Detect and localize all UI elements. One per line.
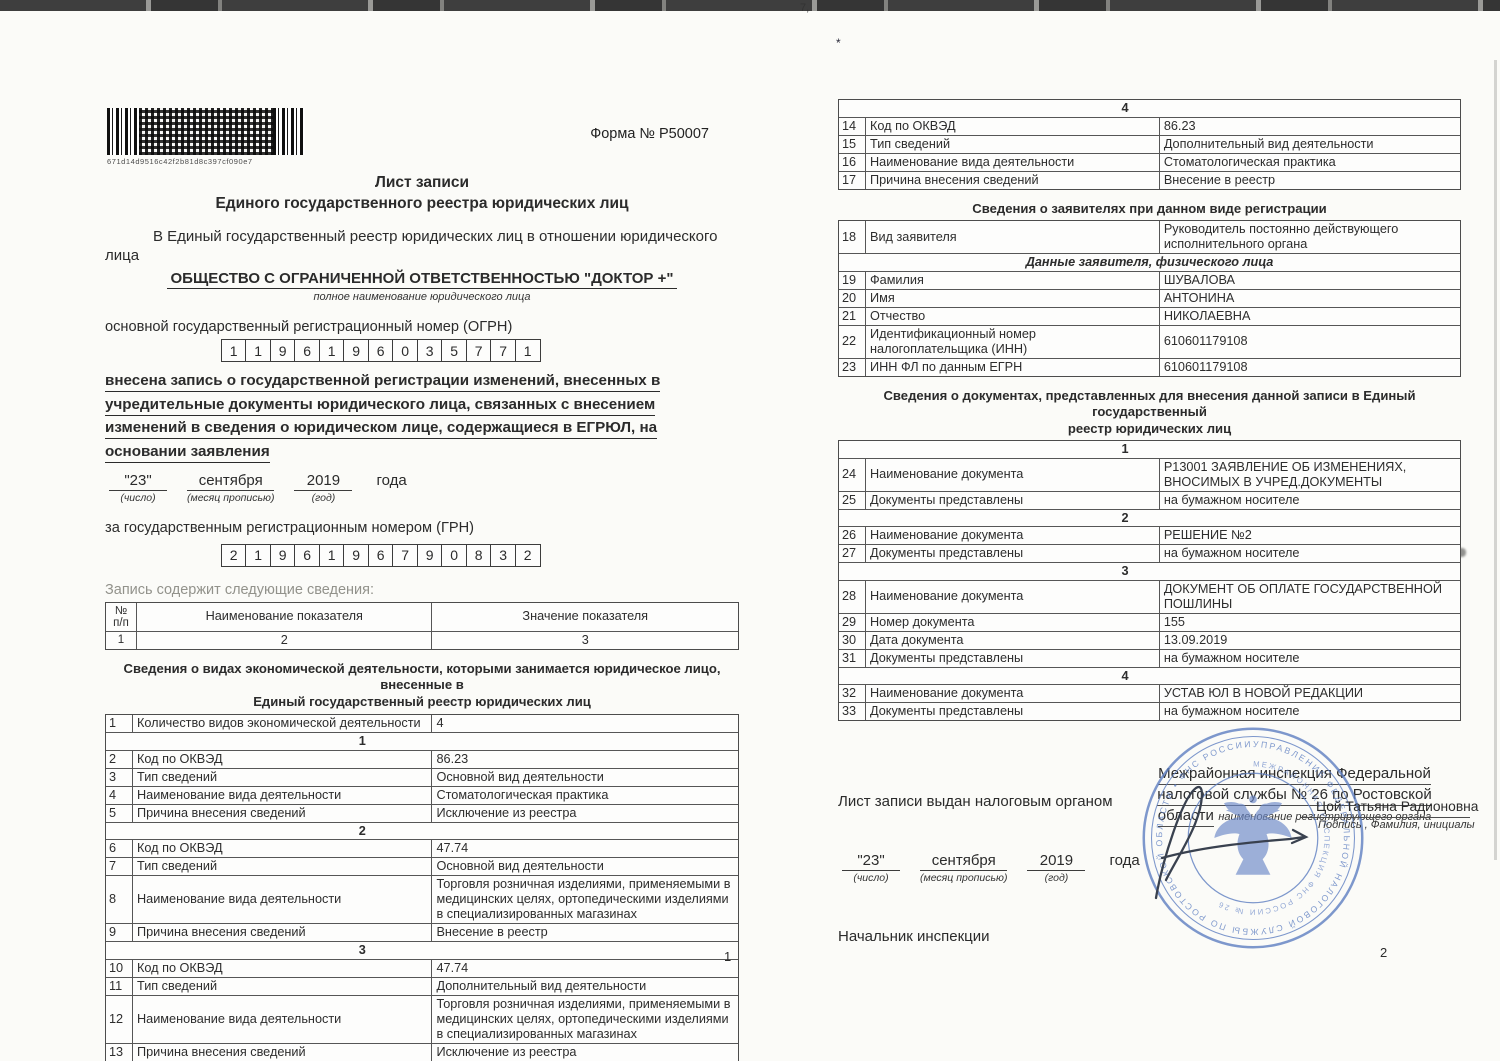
table-row: 12Наименование вида деятельностиТорговля…: [106, 995, 738, 1043]
date-year-suffix: года: [1109, 852, 1139, 869]
title-line2: Единого государственного реестра юридиче…: [105, 193, 739, 214]
table-row: 7Тип сведенийОсновной вид деятельности: [106, 857, 738, 875]
activities-heading: Сведения о видах экономической деятельно…: [105, 661, 739, 711]
row-value: Руководитель постоянно действующего испо…: [1159, 221, 1460, 253]
table-row: 24Наименование документаР13001 ЗАЯВЛЕНИЕ…: [839, 458, 1460, 491]
digit-box: 1: [221, 339, 247, 362]
row-value: Стоматологическая практика: [431, 787, 738, 804]
row-label: Код по ОКВЭД: [132, 960, 431, 977]
digit-box: 3: [490, 544, 516, 567]
row-label: Имя: [865, 290, 1159, 307]
row-num: 1: [106, 715, 132, 732]
digit-box: 7: [392, 544, 418, 567]
table-row: 3Тип сведенийОсновной вид деятельности: [106, 768, 738, 786]
table-row: 30Дата документа13.09.2019: [839, 631, 1460, 649]
digit-box: 1: [245, 339, 271, 362]
row-value: НИКОЛАЕВНА: [1159, 308, 1460, 325]
row-value: на бумажном носителе: [1159, 703, 1460, 720]
page-1: 671d14d9516c42f2b81d8c397cf090e7 Форма №…: [105, 106, 739, 1061]
digit-box: 2: [221, 544, 247, 567]
table-row: 8Наименование вида деятельностиТорговля …: [106, 875, 738, 923]
section-row: 2: [839, 509, 1460, 527]
date-year: 2019 (год): [1027, 852, 1085, 884]
scanner-edge-strip: [0, 0, 1500, 11]
col-index: 1: [106, 632, 136, 649]
section-number: 2: [1122, 511, 1129, 525]
table-row: 13Причина внесения сведенийИсключение из…: [106, 1043, 738, 1061]
digit-box: 1: [319, 544, 345, 567]
row-label: Документы представлены: [865, 650, 1159, 667]
digit-box: 1: [319, 339, 345, 362]
row-num: 3: [106, 769, 132, 786]
row-value: 4: [431, 715, 738, 732]
row-value: Дополнительный вид деятельности: [1159, 136, 1460, 153]
row-num: 7: [106, 858, 132, 875]
table-row: 21ОтчествоНИКОЛАЕВНА: [839, 307, 1460, 325]
row-num: 4: [106, 787, 132, 804]
ogrn-digit-boxes: 1196196035771: [222, 339, 739, 362]
row-label: Тип сведений: [865, 136, 1159, 153]
intro-line2: лица: [105, 246, 739, 265]
row-label: Дата документа: [865, 632, 1159, 649]
signature-caption: Подпись , Фамилия, инициалы: [1300, 819, 1470, 831]
row-num: 17: [839, 172, 865, 189]
digit-box: 1: [245, 544, 271, 567]
barcode-bars: [273, 108, 305, 155]
row-label: Количество видов экономической деятельно…: [132, 715, 431, 732]
digit-box: 9: [417, 544, 443, 567]
divider-label: Данные заявителя, физического лица: [1026, 255, 1274, 269]
row-num: 33: [839, 703, 865, 720]
digit-box: 1: [515, 339, 541, 362]
row-value: на бумажном носителе: [1159, 545, 1460, 562]
row-value: Р13001 ЗАЯВЛЕНИЕ ОБ ИЗМЕНЕНИЯХ, ВНОСИМЫХ…: [1159, 459, 1460, 491]
digit-box: 2: [515, 544, 541, 567]
row-num: 21: [839, 308, 865, 325]
row-num: 32: [839, 685, 865, 702]
table-row: 29Номер документа155: [839, 613, 1460, 631]
row-value: Внесение в реестр: [1159, 172, 1460, 189]
row-num: 16: [839, 154, 865, 171]
table-row: 6Код по ОКВЭД47.74: [106, 839, 738, 857]
row-value: Внесение в реестр: [431, 924, 738, 941]
row-num: 6: [106, 840, 132, 857]
statement-line: учредительные документы юридического лиц…: [105, 396, 655, 416]
section-row: 4: [839, 667, 1460, 685]
row-num: 24: [839, 459, 865, 491]
signer-block: Цой Татьяна Радионовна Подпись , Фамилия…: [1300, 799, 1470, 831]
table-row: 23ИНН ФЛ по данным ЕГРН610601179108: [839, 358, 1460, 376]
row-value: Исключение из реестра: [431, 1044, 738, 1061]
intro-paragraph: В Единый государственный реестр юридичес…: [105, 227, 739, 265]
table-row: 22Идентификационный номер налогоплательщ…: [839, 325, 1460, 358]
section-number: 3: [1122, 564, 1129, 578]
date-year-suffix: года: [376, 472, 406, 489]
statement-line: основании заявления: [105, 443, 270, 463]
row-label: Наименование вида деятельности: [132, 787, 431, 804]
row-num: 29: [839, 614, 865, 631]
table-row: 15Тип сведенийДополнительный вид деятель…: [839, 135, 1460, 153]
col-name-header: Наименование показателя: [136, 603, 431, 631]
section-number: 2: [359, 824, 366, 838]
row-value: Основной вид деятельности: [431, 858, 738, 875]
col-index: 2: [136, 632, 431, 649]
row-label: Фамилия: [865, 272, 1159, 289]
signature: [1140, 758, 1340, 908]
table-row: 27Документы представленына бумажном носи…: [839, 544, 1460, 562]
digit-box: 9: [270, 339, 296, 362]
row-num: 9: [106, 924, 132, 941]
row-num: 18: [839, 221, 865, 253]
row-value: 47.74: [431, 960, 738, 977]
row-num: 19: [839, 272, 865, 289]
statement-line: внесена запись о государственной регистр…: [105, 372, 660, 392]
row-label: Номер документа: [865, 614, 1159, 631]
row-value: АНТОНИНА: [1159, 290, 1460, 307]
digit-box: 7: [466, 339, 492, 362]
table-row: 1 2 3: [106, 631, 738, 649]
section-row: 3: [839, 562, 1460, 580]
row-value: на бумажном носителе: [1159, 650, 1460, 667]
row-value: Стоматологическая практика: [1159, 154, 1460, 171]
section-number: 3: [359, 943, 366, 957]
scan-artifact: 7,: [800, 2, 809, 14]
row-label: Вид заявителя: [865, 221, 1159, 253]
row-num: 22: [839, 326, 865, 358]
row-value: ДОКУМЕНТ ОБ ОПЛАТЕ ГОСУДАРСТВЕННОЙ ПОШЛИ…: [1159, 581, 1460, 613]
document-title: Лист записи Единого государственного рее…: [105, 172, 739, 214]
row-label: Наименование документа: [865, 459, 1159, 491]
row-label: Наименование вида деятельности: [865, 154, 1159, 171]
company-name: ОБЩЕСТВО С ОГРАНИЧЕННОЙ ОТВЕТСТВЕННОСТЬЮ…: [167, 270, 678, 289]
digit-box: 6: [368, 544, 394, 567]
row-num: 28: [839, 581, 865, 613]
barcode-number: 671d14d9516c42f2b81d8c397cf090e7: [107, 157, 253, 166]
table-row: 10Код по ОКВЭД47.74: [106, 959, 738, 977]
row-value: 47.74: [431, 840, 738, 857]
table-row: 26Наименование документаРЕШЕНИЕ №2: [839, 526, 1460, 544]
digit-box: 3: [417, 339, 443, 362]
table-row: 5Причина внесения сведенийИсключение из …: [106, 804, 738, 822]
row-value: 86.23: [431, 751, 738, 768]
row-label: Документы представлены: [865, 492, 1159, 509]
table-row: 1Количество видов экономической деятельн…: [106, 715, 738, 732]
row-num: 13: [106, 1044, 132, 1061]
row-value: на бумажном носителе: [1159, 492, 1460, 509]
columns-header-table: № п/п Наименование показателя Значение п…: [105, 602, 739, 650]
row-num: 15: [839, 136, 865, 153]
page-edge-line: [1494, 60, 1497, 860]
digit-box: 6: [368, 339, 394, 362]
row-num: 10: [106, 960, 132, 977]
date-day: "23" (число): [842, 852, 900, 884]
digit-box: 5: [441, 339, 467, 362]
row-num: 27: [839, 545, 865, 562]
documents-heading: Сведения о документах, представленных дл…: [838, 388, 1461, 438]
row-value: Исключение из реестра: [431, 805, 738, 822]
section-number: 4: [1122, 669, 1129, 683]
table-row: 31Документы представленына бумажном носи…: [839, 649, 1460, 667]
section-row: 1: [106, 732, 738, 750]
row-label: Причина внесения сведений: [865, 172, 1159, 189]
col-num-header: № п/п: [106, 603, 136, 631]
date-day: "23" (число): [109, 472, 167, 504]
row-label: Наименование документа: [865, 581, 1159, 613]
row-label: Код по ОКВЭД: [865, 118, 1159, 135]
row-label: Наименование документа: [865, 527, 1159, 544]
activities-table-continued: 414Код по ОКВЭД86.2315Тип сведенийДополн…: [838, 99, 1461, 190]
scan-artifact: *: [836, 36, 841, 50]
row-value: 610601179108: [1159, 359, 1460, 376]
row-label: Отчество: [865, 308, 1159, 325]
section-number: 1: [359, 734, 366, 748]
table-row: 11Тип сведенийДополнительный вид деятель…: [106, 977, 738, 995]
row-num: 12: [106, 996, 132, 1043]
divider-row: Данные заявителя, физического лица: [839, 253, 1460, 271]
page2-number: 2: [1380, 945, 1387, 960]
row-value: Основной вид деятельности: [431, 769, 738, 786]
row-num: 30: [839, 632, 865, 649]
section-row: 2: [106, 822, 738, 840]
table-row: 9Причина внесения сведенийВнесение в рее…: [106, 923, 738, 941]
table-row: 14Код по ОКВЭД86.23: [839, 117, 1460, 135]
row-num: 11: [106, 978, 132, 995]
table-row: 32Наименование документаУСТАВ ЮЛ В НОВОЙ…: [839, 684, 1460, 702]
page1-header: 671d14d9516c42f2b81d8c397cf090e7 Форма №…: [105, 106, 739, 172]
col-value-header: Значение показателя: [431, 603, 738, 631]
record-date: "23" (число) сентября (месяц прописью) 2…: [109, 472, 739, 504]
barcode-matrix: [139, 108, 273, 155]
row-label: Документы представлены: [865, 703, 1159, 720]
digit-box: 9: [343, 339, 369, 362]
row-label: Причина внесения сведений: [132, 805, 431, 822]
row-label: Наименование вида деятельности: [132, 996, 431, 1043]
row-label: Тип сведений: [132, 858, 431, 875]
row-num: 25: [839, 492, 865, 509]
row-value: Торговля розничная изделиями, применяемы…: [431, 996, 738, 1043]
row-value: РЕШЕНИЕ №2: [1159, 527, 1460, 544]
table-row: 33Документы представленына бумажном носи…: [839, 702, 1460, 720]
row-label: Тип сведений: [132, 978, 431, 995]
digit-box: 0: [441, 544, 467, 567]
digit-box: 6: [294, 339, 320, 362]
table-row: 28Наименование документаДОКУМЕНТ ОБ ОПЛА…: [839, 580, 1460, 613]
barcode-bars: [107, 108, 139, 155]
row-label: Код по ОКВЭД: [132, 840, 431, 857]
barcode: [107, 108, 305, 155]
digit-box: 9: [343, 544, 369, 567]
row-num: 5: [106, 805, 132, 822]
row-num: 2: [106, 751, 132, 768]
row-label: Идентификационный номер налогоплательщик…: [865, 326, 1159, 358]
table-row: 20ИмяАНТОНИНА: [839, 289, 1460, 307]
digit-box: 0: [392, 339, 418, 362]
grn-label: за государственным регистрационным номер…: [105, 520, 739, 536]
table-row: 25Документы представленына бумажном носи…: [839, 491, 1460, 509]
row-num: 14: [839, 118, 865, 135]
digit-box: 7: [490, 339, 516, 362]
row-label: ИНН ФЛ по данным ЕГРН: [865, 359, 1159, 376]
row-value: Дополнительный вид деятельности: [431, 978, 738, 995]
row-value: 13.09.2019: [1159, 632, 1460, 649]
table-row: № п/п Наименование показателя Значение п…: [106, 603, 738, 631]
date-month: сентября (месяц прописью): [187, 472, 274, 504]
scanned-document: 7, * 671d14d9516c42f2b81d8c397cf090e7 Фо…: [0, 0, 1500, 1061]
table-row: 4Наименование вида деятельностиСтоматоло…: [106, 786, 738, 804]
digit-box: 6: [294, 544, 320, 567]
row-value: ШУВАЛОВА: [1159, 272, 1460, 289]
row-num: 8: [106, 876, 132, 923]
row-label: Причина внесения сведений: [132, 924, 431, 941]
table-row: 19ФамилияШУВАЛОВА: [839, 271, 1460, 289]
row-value: 610601179108: [1159, 326, 1460, 358]
activities-table: 1Количество видов экономической деятельн…: [105, 714, 739, 1061]
row-value: 155: [1159, 614, 1460, 631]
ogrn-label: основной государственный регистрационный…: [105, 319, 739, 335]
row-num: 23: [839, 359, 865, 376]
row-value: Торговля розничная изделиями, применяемы…: [431, 876, 738, 923]
issued-by-label: Лист записи выдан налоговым органом: [838, 779, 1128, 810]
row-value: 86.23: [1159, 118, 1460, 135]
grn-digit-boxes: 2196196790832: [222, 544, 739, 567]
col-index: 3: [431, 632, 738, 649]
row-value: УСТАВ ЮЛ В НОВОЙ РЕДАКЦИИ: [1159, 685, 1460, 702]
section-row: 4: [839, 100, 1460, 117]
date-year: 2019 (год): [294, 472, 352, 504]
record-contains-label: Запись содержит следующие сведения:: [105, 582, 739, 598]
statement-line: изменений в сведения о юридическом лице,…: [105, 419, 657, 439]
documents-table: 124Наименование документаР13001 ЗАЯВЛЕНИ…: [838, 440, 1461, 721]
record-statement: внесена запись о государственной регистр…: [105, 372, 739, 463]
signer-name: Цой Татьяна Радионовна: [1300, 799, 1470, 818]
table-row: 16Наименование вида деятельностиСтоматол…: [839, 153, 1460, 171]
applicants-table: 18Вид заявителяРуководитель постоянно де…: [838, 220, 1461, 377]
section-number: 1: [1122, 442, 1129, 456]
form-number: Форма № Р50007: [590, 126, 709, 142]
row-label: Причина внесения сведений: [132, 1044, 431, 1061]
row-label: Код по ОКВЭД: [132, 751, 431, 768]
digit-box: 9: [270, 544, 296, 567]
row-label: Наименование вида деятельности: [132, 876, 431, 923]
company-caption: полное наименование юридического лица: [105, 291, 739, 303]
title-line1: Лист записи: [105, 172, 739, 193]
section-number: 4: [1122, 101, 1129, 115]
row-label: Наименование документа: [865, 685, 1159, 702]
intro-line1: В Единый государственный реестр юридичес…: [105, 227, 739, 246]
table-row: 17Причина внесения сведенийВнесение в ре…: [839, 171, 1460, 189]
row-num: 31: [839, 650, 865, 667]
applicants-heading: Сведения о заявителях при данном виде ре…: [838, 201, 1461, 218]
row-label: Документы представлены: [865, 545, 1159, 562]
row-label: Тип сведений: [132, 769, 431, 786]
row-num: 20: [839, 290, 865, 307]
table-row: 18Вид заявителяРуководитель постоянно де…: [839, 221, 1460, 253]
digit-box: 8: [466, 544, 492, 567]
row-num: 26: [839, 527, 865, 544]
date-month: сентября (месяц прописью): [920, 852, 1007, 884]
section-row: 3: [106, 941, 738, 959]
section-row: 1: [839, 441, 1460, 458]
page1-number: 1: [724, 949, 731, 964]
table-row: 2Код по ОКВЭД86.23: [106, 750, 738, 768]
